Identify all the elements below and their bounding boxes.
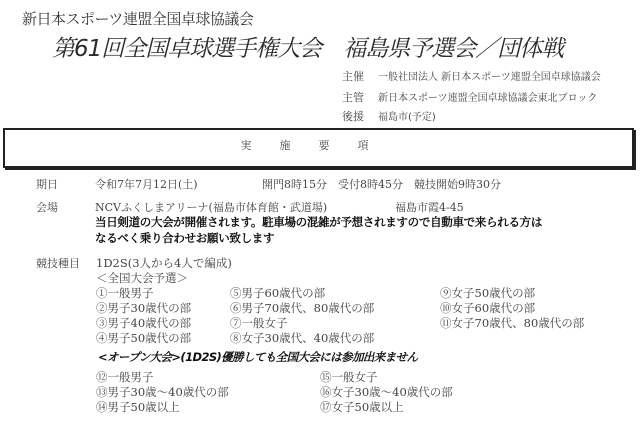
event-item: ③男子40歳代の部 [96, 315, 191, 331]
organizer-label: 主催 [342, 68, 378, 84]
manager-label: 主管 [342, 89, 378, 105]
venue-label: 会場 [36, 199, 58, 215]
event-item: ⑩女子60歳代の部 [440, 300, 535, 316]
organizer-row: 主催一般社団法人 新日本スポーツ連盟全国卓球協議会 [342, 68, 601, 84]
open-item: ⑫一般男子 [96, 369, 154, 385]
support-value: 福島市(予定) [378, 112, 436, 123]
national-heading: ＜全国大会予選＞ [96, 270, 188, 286]
events-label: 競技種目 [36, 255, 80, 271]
event-item: ⑨女子50歳代の部 [440, 285, 535, 301]
schedule-label: 期日 [36, 176, 58, 192]
schedule-times: 開門8時15分 受付8時45分 競技開始9時30分 [262, 176, 501, 192]
venue-notice-line2: なるべく乗り合わせお願い致します [95, 230, 274, 246]
venue-address: 福島市霞4-45 [395, 199, 464, 215]
manager-row: 主管新日本スポーツ連盟全国卓球協議会東北ブロック [342, 89, 597, 105]
event-item: ⑧女子30歳代、40歳代の部 [230, 330, 374, 346]
open-item: ⑮一般女子 [320, 369, 378, 385]
organization-name: 新日本スポーツ連盟全国卓球協議会 [22, 8, 253, 29]
open-item: ⑭男子50歳以上 [96, 399, 180, 415]
organizer-value: 一般社団法人 新日本スポーツ連盟全国卓球協議会 [378, 72, 601, 83]
events-format: 1D2S(3人から4人で編成) [96, 255, 232, 271]
venue-name: NCVふくしまアリーナ(福島市体育館・武道場) [95, 199, 327, 215]
open-item: ⑰女子50歳以上 [320, 399, 404, 415]
open-heading: <オープン大会>(1D2S)優勝しても全国大会には参加出来ません [98, 349, 417, 365]
support-row: 後援福島市(予定) [342, 108, 436, 124]
open-item: ⑯女子30歳～40歳代の部 [320, 384, 453, 400]
venue-notice-line1: 当日剣道の大会が開催されます。駐車場の混雑が予想されますので自動車で来られる方は [95, 214, 542, 230]
event-item: ④男子50歳代の部 [96, 330, 191, 346]
manager-value: 新日本スポーツ連盟全国卓球協議会東北ブロック [378, 93, 597, 104]
support-label: 後援 [342, 108, 378, 124]
event-item: ⑥男子70歳代、80歳代の部 [230, 300, 374, 316]
event-item: ⑤男子60歳代の部 [230, 285, 325, 301]
schedule-date: 令和7年7月12日(土) [95, 176, 198, 192]
event-item: ①一般男子 [96, 285, 154, 301]
event-item: ②男子30歳代の部 [96, 300, 191, 316]
event-item: ⑦一般女子 [230, 315, 288, 331]
open-item: ⑬男子30歳～40歳代の部 [96, 384, 229, 400]
event-title: 第61回全国卓球選手権大会 福島県予選会／団体戦 [52, 30, 563, 63]
event-item: ⑪女子70歳代、80歳代の部 [440, 315, 584, 331]
section-title: 実施要項 [3, 128, 634, 164]
